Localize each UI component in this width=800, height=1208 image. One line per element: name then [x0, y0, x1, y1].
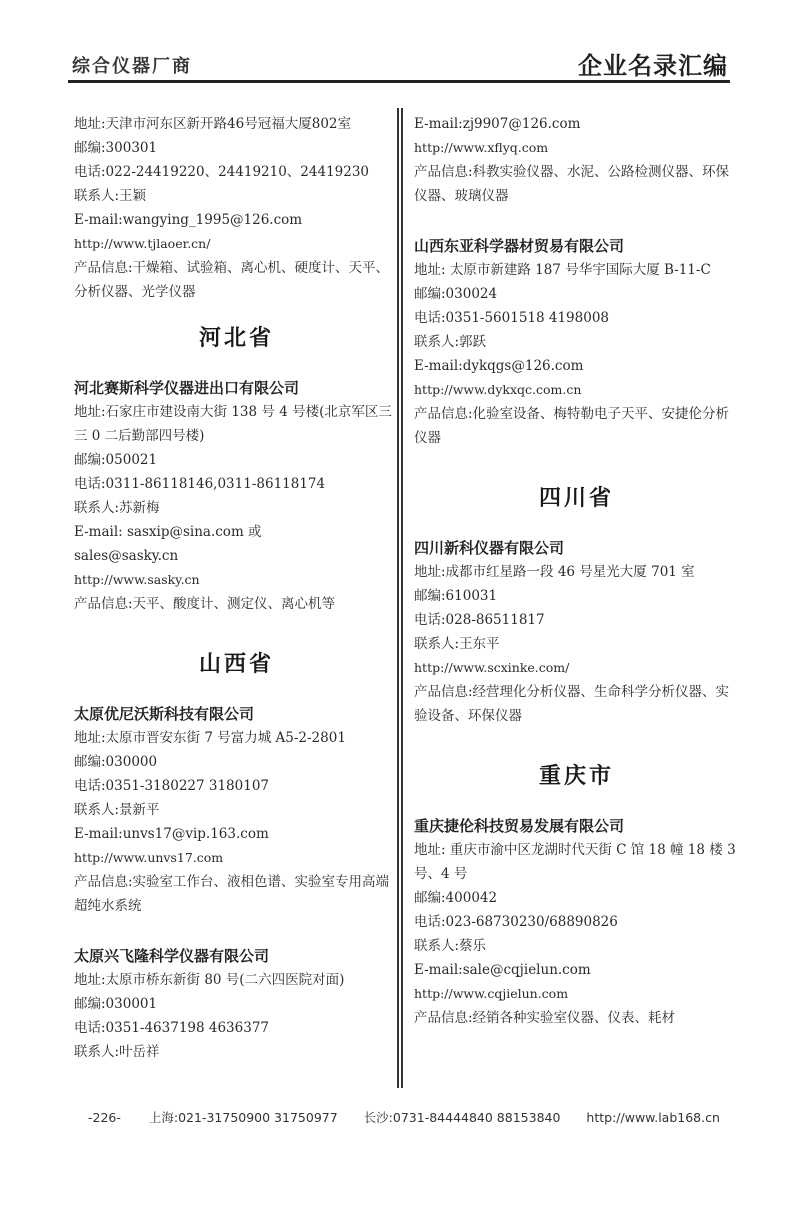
phone: 电话:0311-86118146,0311-86118174 — [74, 472, 399, 496]
company-name: 太原优尼沃斯科技有限公司 — [74, 702, 399, 726]
address: 地址:石家庄市建设南大街 138 号 4 号楼(北京军区三三 0 二后勤部四号楼… — [74, 400, 399, 448]
address: 地址:太原市晋安东街 7 号富力城 A5-2-2801 — [74, 726, 399, 750]
shanghai-phone: 上海:021-31750900 31750977 — [149, 1108, 338, 1126]
contact: 联系人:郭跃 — [414, 330, 739, 354]
postcode: 邮编:610031 — [414, 584, 739, 608]
website-link[interactable]: http://www.dykxqc.com.cn — [414, 378, 739, 402]
postcode: 邮编:030001 — [74, 992, 399, 1016]
company-entry: 河北赛斯科学仪器进出口有限公司 地址:石家庄市建设南大街 138 号 4 号楼(… — [74, 376, 399, 616]
contact: 联系人:苏新梅 — [74, 496, 399, 520]
company-entry-continued: 地址:天津市河东区新开路46号冠福大厦802室 邮编:300301 电话:022… — [74, 112, 399, 304]
contact: 联系人:蔡乐 — [414, 934, 739, 958]
company-entry-continued: E-mail:zj9907@126.com http://www.xflyq.c… — [414, 112, 739, 208]
phone: 电话:0351-3180227 3180107 — [74, 774, 399, 798]
contact: 联系人:叶岳祥 — [74, 1040, 399, 1064]
postcode: 邮编:050021 — [74, 448, 399, 472]
company-entry: 四川新科仪器有限公司 地址:成都市红星路一段 46 号星光大厦 701 室 邮编… — [414, 536, 739, 728]
contact: 联系人:景新平 — [74, 798, 399, 822]
website-link[interactable]: http://www.sasky.cn — [74, 568, 399, 592]
phone: 电话:028-86511817 — [414, 608, 739, 632]
phone: 电话:0351-5601518 4198008 — [414, 306, 739, 330]
company-entry: 太原兴飞隆科学仪器有限公司 地址:太原市桥东新街 80 号(二六四医院对面) 邮… — [74, 944, 399, 1064]
company-entry: 重庆捷伦科技贸易发展有限公司 地址: 重庆市渝中区龙湖时代天街 C 馆 18 幢… — [414, 814, 739, 1030]
company-entry: 太原优尼沃斯科技有限公司 地址:太原市晋安东街 7 号富力城 A5-2-2801… — [74, 702, 399, 918]
address: 地址: 重庆市渝中区龙湖时代天街 C 馆 18 幢 18 楼 3 号、4 号 — [414, 838, 739, 886]
email[interactable]: E-mail:unvs17@vip.163.com — [74, 822, 399, 846]
phone: 电话:0351-4637198 4636377 — [74, 1016, 399, 1040]
postcode: 邮编:030024 — [414, 282, 739, 306]
company-name: 四川新科仪器有限公司 — [414, 536, 739, 560]
page-number: -226- — [88, 1110, 121, 1125]
postcode: 邮编:030000 — [74, 750, 399, 774]
address: 地址:成都市红星路一段 46 号星光大厦 701 室 — [414, 560, 739, 584]
website-link[interactable]: http://www.unvs17.com — [74, 846, 399, 870]
contact: 联系人:王东平 — [414, 632, 739, 656]
company-name: 山西东亚科学器材贸易有限公司 — [414, 234, 739, 258]
website-link[interactable]: http://www.cqjielun.com — [414, 982, 739, 1006]
products: 产品信息:化验室设备、梅特勒电子天平、安捷伦分析仪器 — [414, 402, 739, 450]
contact: 联系人:王颖 — [74, 184, 399, 208]
book-title: 企业名录汇编 — [578, 46, 728, 81]
company-name: 河北赛斯科学仪器进出口有限公司 — [74, 376, 399, 400]
email[interactable]: E-mail:zj9907@126.com — [414, 112, 739, 136]
products: 产品信息:实验室工作台、液相色谱、实验室专用高端超纯水系统 — [74, 870, 399, 918]
phone: 电话:022-24419220、24419210、24419230 — [74, 160, 399, 184]
email[interactable]: E-mail: sasxip@sina.com 或 — [74, 520, 399, 544]
company-name: 重庆捷伦科技贸易发展有限公司 — [414, 814, 739, 838]
email[interactable]: E-mail:sale@cqjielun.com — [414, 958, 739, 982]
phone: 电话:023-68730230/68890826 — [414, 910, 739, 934]
products: 产品信息:干燥箱、试验箱、离心机、硬度计、天平、分析仪器、光学仪器 — [74, 256, 399, 304]
postcode: 邮编:400042 — [414, 886, 739, 910]
page-header: 综合仪器厂商 企业名录汇编 — [68, 48, 730, 83]
website-link[interactable]: http://www.tjlaoer.cn/ — [74, 232, 399, 256]
section-title: 综合仪器厂商 — [72, 52, 192, 78]
company-name: 太原兴飞隆科学仪器有限公司 — [74, 944, 399, 968]
email[interactable]: E-mail:wangying_1995@126.com — [74, 208, 399, 232]
left-column: 地址:天津市河东区新开路46号冠福大厦802室 邮编:300301 电话:022… — [74, 112, 399, 1064]
products: 产品信息:天平、酸度计、测定仪、离心机等 — [74, 592, 399, 616]
company-entry: 山西东亚科学器材贸易有限公司 地址: 太原市新建路 187 号华宇国际大厦 B-… — [414, 234, 739, 450]
province-heading-sichuan: 四川省 — [414, 464, 739, 534]
email-secondary[interactable]: sales@sasky.cn — [74, 544, 399, 568]
products: 产品信息:经销各种实验室仪器、仪表、耗材 — [414, 1006, 739, 1030]
website-link[interactable]: http://www.scxinke.com/ — [414, 656, 739, 680]
postcode: 邮编:300301 — [74, 136, 399, 160]
province-heading-hebei: 河北省 — [74, 304, 399, 374]
changsha-phone: 长沙:0731-84444840 88153840 — [364, 1108, 561, 1126]
products: 产品信息:科教实验仪器、水泥、公路检测仪器、环保仪器、玻璃仪器 — [414, 160, 739, 208]
address: 地址:太原市桥东新街 80 号(二六四医院对面) — [74, 968, 399, 992]
email[interactable]: E-mail:dykqgs@126.com — [414, 354, 739, 378]
website-link[interactable]: http://www.xflyq.com — [414, 136, 739, 160]
province-heading-chongqing: 重庆市 — [414, 742, 739, 812]
footer-website-link[interactable]: http://www.lab168.cn — [586, 1110, 719, 1125]
products: 产品信息:经营理化分析仪器、生命科学分析仪器、实验设备、环保仪器 — [414, 680, 739, 728]
address: 地址:天津市河东区新开路46号冠福大厦802室 — [74, 112, 399, 136]
address: 地址: 太原市新建路 187 号华宇国际大厦 B-11-C — [414, 258, 739, 282]
right-column: E-mail:zj9907@126.com http://www.xflyq.c… — [414, 112, 739, 1030]
page-footer: -226- 上海:021-31750900 31750977 长沙:0731-8… — [88, 1108, 748, 1126]
province-heading-shanxi: 山西省 — [74, 630, 399, 700]
